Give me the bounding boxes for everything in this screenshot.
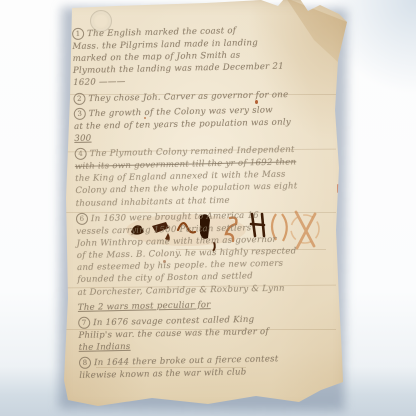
- handwriting-text: the Indians: [79, 342, 131, 353]
- item-number-badge: 4: [75, 148, 87, 160]
- manuscript-item: The 2 wars most peculiar for: [78, 296, 334, 314]
- photo-of-manuscript: 1The English marked the coast ofMass. th…: [0, 0, 416, 416]
- handwriting-text: They chose Joh. Carver as governor for o…: [88, 90, 288, 104]
- item-number-badge: 2: [73, 92, 85, 104]
- manuscript-item: 7In 1676 savage contest called KingPhili…: [78, 312, 335, 354]
- manuscript-lines: 1The English marked the coast ofMass. th…: [72, 23, 335, 385]
- manuscript-item: 3The growth of the Colony was very slowa…: [74, 103, 331, 145]
- manuscript-item: 8In 1644 there broke out a fierce contes…: [79, 352, 335, 382]
- handwriting-text: thousand inhabitants at that time: [76, 195, 230, 208]
- manuscript-item: 2They chose Joh. Carver as governor for …: [73, 87, 329, 105]
- manuscript-item: 6In 1630 were brought to America 16vesse…: [76, 207, 334, 298]
- item-number-badge: 6: [76, 213, 88, 225]
- item-number-badge: 8: [79, 357, 91, 369]
- manuscript-paper: 1The English marked the coast ofMass. th…: [56, 0, 350, 414]
- item-number-badge: 3: [74, 108, 86, 120]
- handwriting-text: 1620 ———: [73, 77, 126, 88]
- handwriting-text: The 2 wars most peculiar for: [78, 300, 211, 313]
- handwriting-text: 300: [74, 134, 91, 144]
- manuscript-item: 1The English marked the coast ofMass. th…: [72, 23, 329, 90]
- handwriting-line: 2They chose Joh. Carver as governor for …: [73, 87, 329, 105]
- handwriting-text: at Dorchester, Cambridge & Roxbury & Lyn…: [77, 283, 284, 297]
- manuscript-item: 4The Plymouth Colony remained Independen…: [75, 143, 332, 210]
- handwriting-text: likewise known as the war with club: [79, 367, 246, 381]
- handwriting-line: The 2 wars most peculiar for: [78, 296, 334, 314]
- item-number-badge: 7: [78, 317, 90, 329]
- item-number-badge: 1: [72, 28, 84, 40]
